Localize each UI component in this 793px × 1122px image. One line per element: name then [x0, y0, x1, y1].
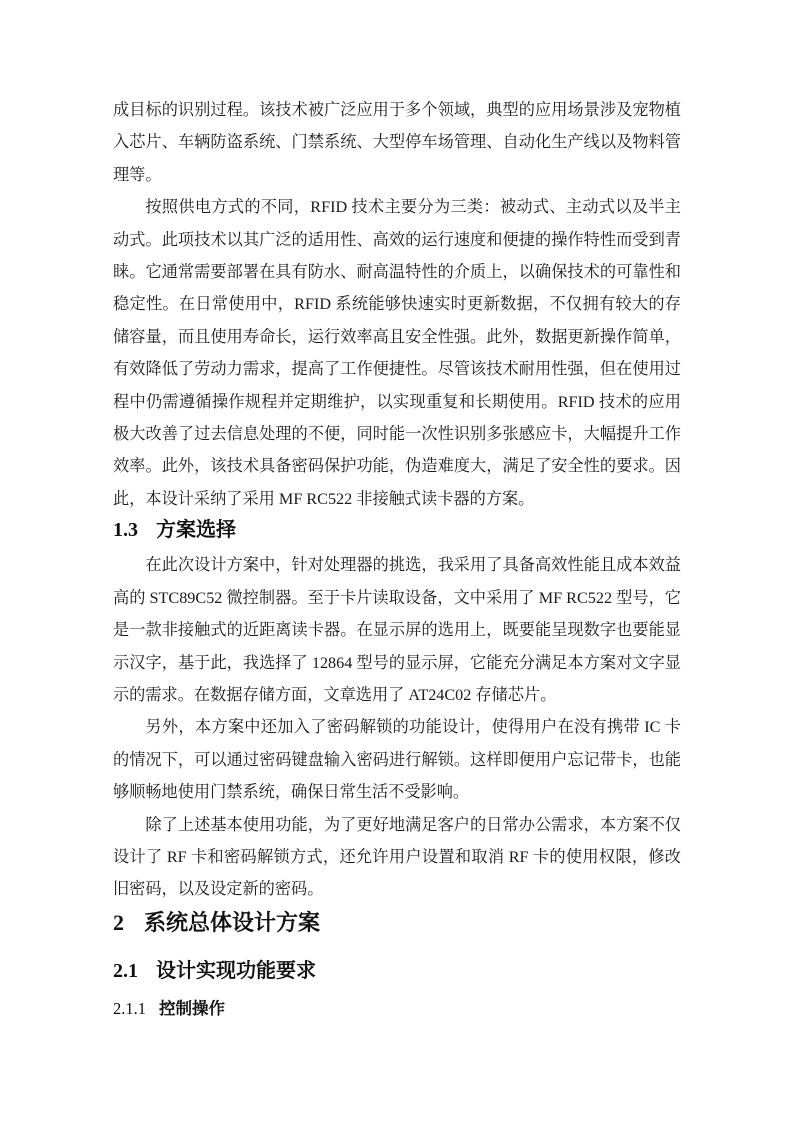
heading-2-number: 2 — [113, 910, 124, 935]
document-page: 成目标的识别过程。该技术被广泛应用于多个领域，典型的应用场景涉及宠物植入芯片、车… — [0, 0, 793, 1122]
heading-1-3-number: 1.3 — [113, 519, 138, 541]
heading-2-1-1-number: 2.1.1 — [113, 999, 146, 1018]
heading-2-1-title: 设计实现功能要求 — [156, 960, 316, 982]
heading-2-1-function-requirements: 2.1设计实现功能要求 — [113, 956, 681, 986]
heading-1-3-title: 方案选择 — [156, 519, 236, 541]
paragraph-scheme-selection-2: 另外，本方案中还加入了密码解锁的功能设计，使得用户在没有携带 IC 卡的情况下，… — [113, 711, 681, 808]
heading-1-3-scheme-selection: 1.3方案选择 — [113, 515, 681, 545]
heading-2-system-overall-design: 2系统总体设计方案 — [113, 906, 681, 940]
heading-2-1-1-title: 控制操作 — [159, 1000, 225, 1018]
heading-2-title: 系统总体设计方案 — [144, 910, 320, 935]
paragraph-scheme-selection-1: 在此次设计方案中，针对处理器的挑选，我采用了具备高效性能且成本效益高的 STC8… — [113, 549, 681, 711]
heading-2-1-number: 2.1 — [113, 960, 138, 982]
paragraph-scheme-selection-3: 除了上述基本使用功能，为了更好地满足客户的日常办公需求，本方案不仅设计了 RF … — [113, 809, 681, 906]
heading-2-1-1-control-operation: 2.1.1控制操作 — [113, 996, 681, 1022]
paragraph-rfid-applications: 成目标的识别过程。该技术被广泛应用于多个领域，典型的应用场景涉及宠物植入芯片、车… — [113, 94, 681, 191]
paragraph-rfid-classification: 按照供电方式的不同，RFID 技术主要分为三类：被动式、主动式以及半主动式。此项… — [113, 191, 681, 515]
